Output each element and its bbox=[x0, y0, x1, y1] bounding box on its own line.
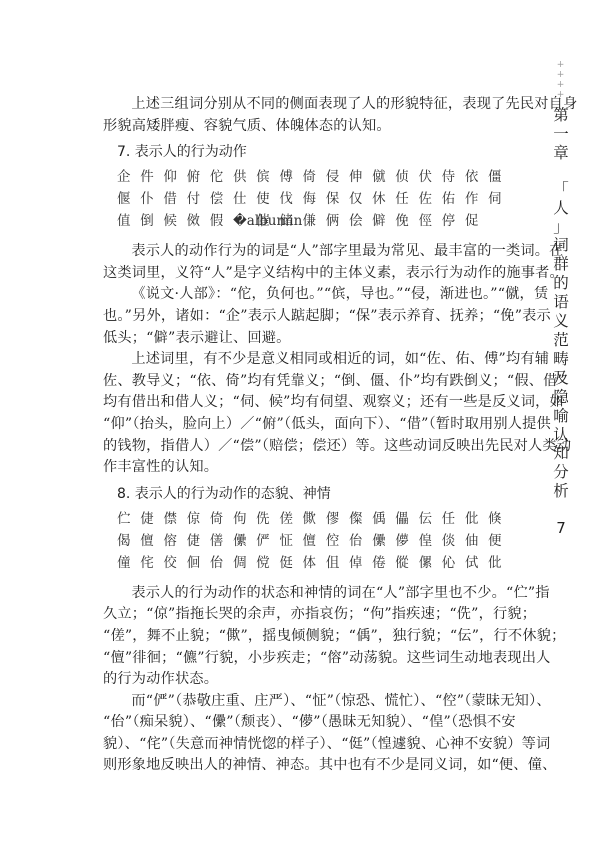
character-entry: 偃 bbox=[117, 188, 140, 210]
character-entry: 怔 bbox=[279, 530, 302, 552]
paragraph: 而“俨”（恭敬庄重、庄严）、“怔”（惊恐、慌忙）、“倥”（蒙昧无知）、 “佁”（… bbox=[103, 691, 515, 777]
character-entry: 倦 bbox=[372, 552, 395, 574]
title-char: 范 bbox=[551, 331, 571, 350]
chapter-char: 第 bbox=[551, 106, 571, 125]
character-entry: 侙 bbox=[465, 552, 488, 574]
character-entry: 倒 bbox=[140, 210, 163, 232]
character-entry: 侹 bbox=[279, 552, 302, 574]
character-entry: 使 bbox=[256, 188, 279, 210]
character-entry: 傛 bbox=[163, 530, 186, 552]
character-entry: 仰 bbox=[163, 166, 186, 188]
text-line: 《说文·人部》：“佗，负何也。”“傧，导也。”“侵，渐进也。”“僦，赁 bbox=[103, 284, 515, 306]
text-line: 低头；“僻”表示避让、回避。 bbox=[103, 328, 515, 350]
character-entry: 伐 bbox=[279, 188, 302, 210]
title-char: 的 bbox=[551, 274, 571, 293]
character-entry: 倏 bbox=[488, 508, 511, 530]
text-line: 则形象地反映出人的神情、神态。其中也有不少是同义词，如“便、僮、 bbox=[103, 755, 515, 777]
text-line: 上述三组词分别从不同的侧面表现了人的形貌特征，表现了先民对自身 bbox=[103, 94, 515, 116]
character-entry: 倓 bbox=[442, 530, 465, 552]
character-entry: 儽 bbox=[372, 530, 395, 552]
character-entry: 侘 bbox=[140, 552, 163, 574]
character-entry: 借 bbox=[163, 188, 186, 210]
character-row: 偈儃傛倢僐儽俨怔儃倥佁儽儚偟倓伷便 bbox=[117, 530, 515, 552]
character-entry: 儃 bbox=[303, 530, 326, 552]
character-entry: 儚 bbox=[395, 530, 418, 552]
character-entry: 儃 bbox=[140, 530, 163, 552]
title-char: 及 bbox=[551, 369, 571, 388]
character-entry: 侩 bbox=[349, 210, 372, 232]
character-entry: 催 bbox=[256, 210, 279, 232]
character-entry: 任 bbox=[395, 188, 418, 210]
character-entry: �albumin bbox=[233, 210, 256, 232]
text-line: 佐、教导义；“依、倚”均有凭靠义；“倒、僵、仆”均有跌倒义；“假、借” bbox=[103, 371, 515, 393]
character-entry: 佪 bbox=[187, 552, 210, 574]
character-entry: 傫 bbox=[418, 552, 441, 574]
title-char: 喻 bbox=[551, 407, 571, 426]
character-entry: 假 bbox=[210, 210, 233, 232]
character-entry: 偟 bbox=[418, 530, 441, 552]
title-close-quote: 」 bbox=[551, 218, 571, 237]
character-entry: 任 bbox=[442, 508, 465, 530]
title-char: 人 bbox=[551, 199, 571, 218]
text-line: “儃”徘徊；“儦”行貌，小步疾走；“傛”动荡貌。这些词生动地表现出人 bbox=[103, 648, 515, 670]
text-line: 也。”另外，诸如：“企”表示人踮起脚；“保”表示养育、抚养；“俛”表示 bbox=[103, 306, 515, 328]
character-entry: 偊 bbox=[372, 508, 395, 530]
character-entry: 仳 bbox=[465, 508, 488, 530]
character-row: 值倒候傚假�albumin催储傔俩侩僻俛俓停促 bbox=[117, 210, 515, 232]
intro-paragraph: 上述三组词分别从不同的侧面表现了人的形貌特征，表现了先民对自身 形貌高矮胖瘦、容… bbox=[103, 94, 515, 137]
section-heading-7: 7. 表示人的行为动作 bbox=[103, 141, 515, 163]
text-line: 上述词里，有不少是意义相同或相近的词，如“佐、佑、傅”均有辅 bbox=[103, 349, 515, 371]
character-entry: 儡 bbox=[395, 508, 418, 530]
title-char: 析 bbox=[551, 482, 571, 501]
character-entry: 傔 bbox=[303, 210, 326, 232]
character-entry: 仕 bbox=[233, 188, 256, 210]
title-char: 群 bbox=[551, 255, 571, 274]
paragraph: 《说文·人部》：“佗，负何也。”“傧，导也。”“侵，渐进也。”“僦，赁 也。”另… bbox=[103, 284, 515, 349]
character-entry: 偿 bbox=[210, 188, 233, 210]
character-entry: 俨 bbox=[256, 530, 279, 552]
text-line: “仰”（抬头，脸向上）／“俯”（低头，面向下）、“借”（暂时取用别人提供 bbox=[103, 414, 515, 436]
running-chapter-title: + + + + 第 一 章 「 人 」 词群的语义范畴及隐喻认知分析 7 bbox=[551, 60, 571, 537]
character-entry: 伏 bbox=[418, 166, 441, 188]
character-entry: 便 bbox=[488, 530, 511, 552]
character-entry: 储 bbox=[279, 210, 302, 232]
character-entry: 佁 bbox=[210, 552, 233, 574]
text-line: 表示人的行为动作的状态和神情的词在“人”部字里也不少。“伫”指 bbox=[103, 583, 515, 605]
page-number: 7 bbox=[551, 519, 571, 537]
character-entry: 付 bbox=[187, 188, 210, 210]
character-entry: 仅 bbox=[349, 188, 372, 210]
character-entry: 倬 bbox=[349, 552, 372, 574]
character-entry: 候 bbox=[163, 210, 186, 232]
character-list-8: 伫倢僸倞倚佝侁傞僛僇儏偊儡伝任仳倏 偈儃傛倢僐儽俨怔儃倥佁儽儚偟倓伷便 僮侘佼佪… bbox=[103, 508, 515, 574]
character-row: 僮侘佼佪佁倜傥侹体伹倬倦傱傫伈侙仳 bbox=[117, 552, 515, 574]
character-entry: 伈 bbox=[442, 552, 465, 574]
character-entry: 俩 bbox=[326, 210, 349, 232]
character-entry: 佐 bbox=[418, 188, 441, 210]
character-entry: 侵 bbox=[326, 166, 349, 188]
paragraph: 上述词里，有不少是意义相同或相近的词，如“佐、佑、傅”均有辅 佐、教导义；“依、… bbox=[103, 349, 515, 479]
decoration-crosses: + + bbox=[553, 60, 571, 80]
character-entry: 僛 bbox=[303, 508, 326, 530]
title-char: 隐 bbox=[551, 388, 571, 407]
text-line: 这类词里，义符“人”是字义结构中的主体义素，表示行为动作的施事者。 bbox=[103, 263, 515, 285]
title-rest: 词群的语义范畴及隐喻认知分析 bbox=[551, 236, 571, 501]
text-line: 均有借出和借人义；“伺、候”均有伺望、观察义；还有一些是反义词，如 bbox=[103, 392, 515, 414]
title-char: 义 bbox=[551, 312, 571, 331]
character-entry: 休 bbox=[372, 188, 395, 210]
character-entry: 佼 bbox=[163, 552, 186, 574]
character-entry: 倢 bbox=[187, 530, 210, 552]
character-entry: 俛 bbox=[395, 210, 418, 232]
character-entry: 伹 bbox=[326, 552, 349, 574]
character-entry: 佗 bbox=[210, 166, 233, 188]
character-entry: 供 bbox=[233, 166, 256, 188]
character-entry: 侮 bbox=[303, 188, 326, 210]
character-entry: 侁 bbox=[256, 508, 279, 530]
character-entry: 傚 bbox=[187, 210, 210, 232]
paragraph: 表示人的动作行为的词是“人”部字里最为常见、最丰富的一类词。在 这类词里，义符“… bbox=[103, 241, 515, 284]
character-entry: 傥 bbox=[256, 552, 279, 574]
text-line: “傞”，舞不止貌；“僛”，摇曳倾侧貌；“偊”，独行貌；“伝”，行不休貌； bbox=[103, 626, 515, 648]
character-entry: 倜 bbox=[233, 552, 256, 574]
character-entry: 促 bbox=[465, 210, 488, 232]
character-entry: 值 bbox=[117, 210, 140, 232]
chapter-char: 一 bbox=[551, 125, 571, 144]
character-entry: 体 bbox=[303, 552, 326, 574]
character-entry: 俓 bbox=[418, 210, 441, 232]
character-entry: 傞 bbox=[279, 508, 302, 530]
character-list-7: 企件仰俯佗供傧傅倚侵伸僦侦伏侍依僵 偃仆借付偿仕使伐侮保仅休任佐佑作伺 值倒候傚… bbox=[103, 166, 515, 232]
paragraph: 表示人的行为动作的状态和神情的词在“人”部字里也不少。“伫”指 久立；“倞”指拖… bbox=[103, 583, 515, 691]
character-entry: 儏 bbox=[349, 508, 372, 530]
character-entry: 企 bbox=[117, 166, 140, 188]
decoration-crosses: + + bbox=[553, 80, 571, 100]
character-entry: 僸 bbox=[163, 508, 186, 530]
character-entry: 傅 bbox=[279, 166, 302, 188]
character-entry: 佝 bbox=[233, 508, 256, 530]
character-entry: 依 bbox=[465, 166, 488, 188]
character-entry: 伫 bbox=[117, 508, 140, 530]
title-char: 畴 bbox=[551, 350, 571, 369]
character-entry: 俯 bbox=[187, 166, 210, 188]
character-entry: 侦 bbox=[395, 166, 418, 188]
text-line: 形貌高矮胖瘦、容貌气质、体魄体态的认知。 bbox=[103, 116, 515, 138]
title-open-quote: 「 bbox=[551, 180, 571, 199]
character-entry: 佑 bbox=[442, 188, 465, 210]
character-row: 伫倢僸倞倚佝侁傞僛僇儏偊儡伝任仳倏 bbox=[117, 508, 515, 530]
character-entry: 作 bbox=[465, 188, 488, 210]
character-entry: 僻 bbox=[372, 210, 395, 232]
character-entry: 件 bbox=[140, 166, 163, 188]
text-line: 而“俨”（恭敬庄重、庄严）、“怔”（惊恐、慌忙）、“倥”（蒙昧无知）、 bbox=[103, 691, 515, 713]
character-entry: 保 bbox=[326, 188, 349, 210]
character-entry: 僮 bbox=[117, 552, 140, 574]
text-line: “佁”（痴呆貌）、“儽”（颓丧）、“儚”（愚昧无知貌）、“偟”（恐惧不安 bbox=[103, 712, 515, 734]
text-line: 貌）、“侘”（失意而神情恍惚的样子）、“侹”（惶遽貌、心神不安貌）等词 bbox=[103, 734, 515, 756]
text-line: 的行为动作状态。 bbox=[103, 669, 515, 691]
character-entry: 倞 bbox=[187, 508, 210, 530]
character-entry: 伝 bbox=[418, 508, 441, 530]
title-char: 知 bbox=[551, 444, 571, 463]
character-row: 偃仆借付偿仕使伐侮保仅休任佐佑作伺 bbox=[117, 188, 515, 210]
text-line: 的钱物，指借人）／“偿”（赔偿；偿还）等。这些动词反映出先民对人类动 bbox=[103, 436, 515, 458]
character-entry: 偈 bbox=[117, 530, 140, 552]
title-char: 认 bbox=[551, 426, 571, 445]
page-body: 上述三组词分别从不同的侧面表现了人的形貌特征，表现了先民对自身 形貌高矮胖瘦、容… bbox=[103, 94, 515, 777]
character-entry: 倢 bbox=[140, 508, 163, 530]
character-entry: 伸 bbox=[349, 166, 372, 188]
character-entry: 倚 bbox=[303, 166, 326, 188]
character-entry: 傱 bbox=[395, 552, 418, 574]
section-heading-8: 8. 表示人的行为动作的态貌、神情 bbox=[103, 483, 515, 505]
character-entry: 倚 bbox=[210, 508, 233, 530]
character-row: 企件仰俯佗供傧傅倚侵伸僦侦伏侍依僵 bbox=[117, 166, 515, 188]
chapter-char: 章 bbox=[551, 144, 571, 163]
character-entry: 侍 bbox=[442, 166, 465, 188]
title-char: 分 bbox=[551, 463, 571, 482]
character-entry: 仳 bbox=[488, 552, 511, 574]
text-line: 久立；“倞”指拖长哭的余声，亦指哀伤；“佝”指疾速；“侁”，行貌； bbox=[103, 604, 515, 626]
character-entry: 僵 bbox=[488, 166, 511, 188]
character-entry: 仆 bbox=[140, 188, 163, 210]
character-entry: 倥 bbox=[326, 530, 349, 552]
character-entry: 僐 bbox=[210, 530, 233, 552]
character-entry: 儽 bbox=[233, 530, 256, 552]
character-entry: 僇 bbox=[326, 508, 349, 530]
character-entry: 伺 bbox=[488, 188, 511, 210]
character-entry: 佁 bbox=[349, 530, 372, 552]
title-char: 语 bbox=[551, 293, 571, 312]
character-entry: 停 bbox=[442, 210, 465, 232]
character-entry: 傧 bbox=[256, 166, 279, 188]
character-entry: 伷 bbox=[465, 530, 488, 552]
text-line: 表示人的动作行为的词是“人”部字里最为常见、最丰富的一类词。在 bbox=[103, 241, 515, 263]
title-char: 词 bbox=[551, 236, 571, 255]
text-line: 作丰富性的认知。 bbox=[103, 457, 515, 479]
character-entry: 僦 bbox=[372, 166, 395, 188]
